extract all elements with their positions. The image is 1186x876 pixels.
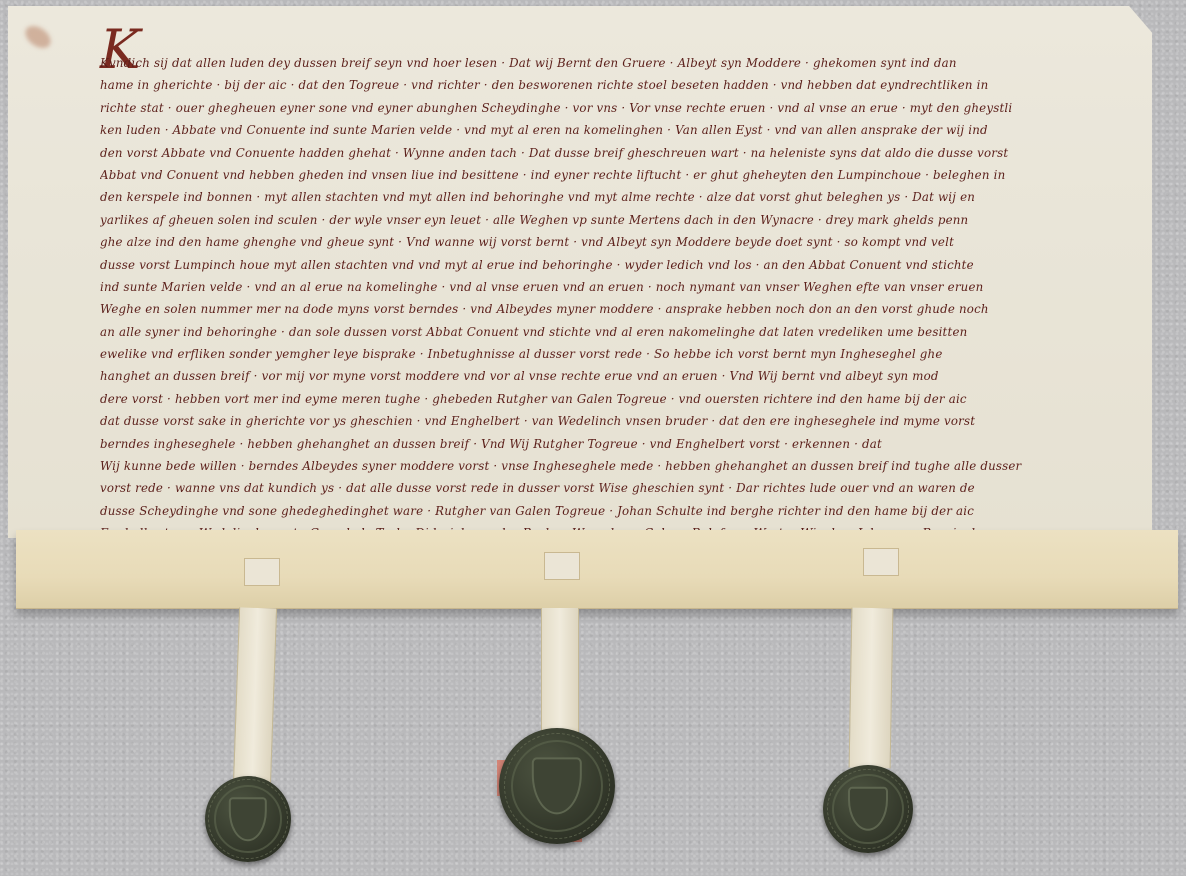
text-line: dusse vorst Lumpinch houe myt allen stac… [100, 254, 1110, 276]
text-line: dere vorst · hebben vort mer ind eyme me… [100, 388, 1110, 410]
plica-fold [16, 530, 1178, 609]
text-line: an alle syner ind behoringhe · dan sole … [100, 321, 1110, 343]
tag-slot-center [544, 552, 580, 580]
wax-seal-left [205, 776, 291, 862]
text-line: richte stat · ouer ghegheuen eyner sone … [100, 97, 1110, 119]
text-line: hame in gherichte · bij der aic · dat de… [100, 74, 1110, 96]
text-line: ken luden · Abbate vnd Conuente ind sunt… [100, 119, 1110, 141]
text-line: ghe alze ind den hame ghenghe vnd gheue … [100, 231, 1110, 253]
seal-tag-center [541, 608, 579, 734]
text-line: hanghet an dussen breif · vor mij vor my… [100, 365, 1110, 387]
text-line: yarlikes af gheuen solen ind sculen · de… [100, 209, 1110, 231]
text-line: dusse Scheydinghe vnd sone ghedeghedingh… [100, 500, 1110, 522]
wax-seal-center [499, 728, 615, 844]
text-line: vorst rede · wanne vns dat kundich ys · … [100, 477, 1110, 499]
tag-slot-left [244, 558, 280, 586]
text-line: Weghe en solen nummer mer na dode myns v… [100, 298, 1110, 320]
text-line: Wij kunne bede willen · berndes Albeydes… [100, 455, 1110, 477]
charter-text: Kvndich sij dat allen luden dey dussen b… [100, 52, 1110, 567]
wax-seal-right [823, 765, 913, 853]
text-line: den kerspele ind bonnen · myt allen stac… [100, 186, 1110, 208]
text-line: den vorst Abbate vnd Conuente hadden ghe… [100, 142, 1110, 164]
tag-slot-right [863, 548, 899, 576]
stain-mark [21, 22, 54, 53]
text-line: ewelike vnd erfliken sonder yemgher leye… [100, 343, 1110, 365]
text-line: Abbat vnd Conuent vnd hebben gheden ind … [100, 164, 1110, 186]
text-line: Kvndich sij dat allen luden dey dussen b… [100, 52, 1110, 74]
text-line: dat dusse vorst sake in gherichte vor ys… [100, 410, 1110, 432]
seal-tag-right [849, 608, 894, 769]
seal-tag-left [233, 607, 277, 786]
text-line: ind sunte Marien velde · vnd an al erue … [100, 276, 1110, 298]
text-line: berndes ingheseghele · hebben ghehanghet… [100, 433, 1110, 455]
